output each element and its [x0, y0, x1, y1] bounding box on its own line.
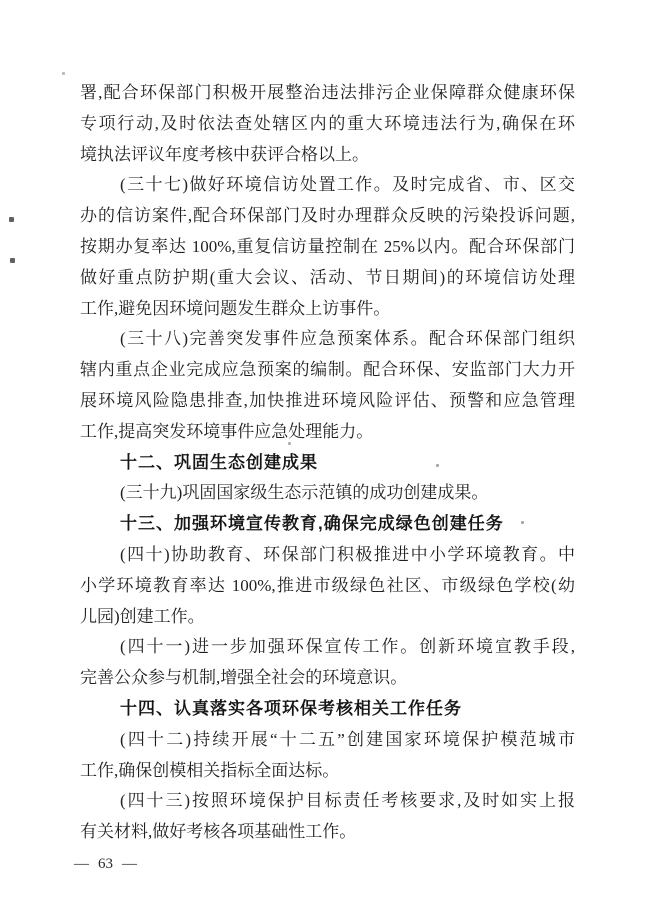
section-heading: 十四、认真落实各项环保考核相关工作任务 [80, 694, 575, 725]
text-line: (三十八)完善突发事件应急预案体系。配合环保部门组织 [80, 324, 575, 355]
scan-speck [521, 521, 524, 524]
text-line: 完善公众参与机制,增强全社会的环境意识。 [80, 663, 575, 694]
document-body: 署,配合环保部门积极开展整治违法排污企业保障群众健康环保 专项行动,及时依法查处… [80, 78, 575, 848]
text-line: 展环境风险隐患排查,加快推进环境风险评估、预警和应急管理 [80, 386, 575, 417]
heading-line: 十二、巩固生态创建成果 [80, 448, 575, 479]
scan-speck [62, 72, 65, 75]
page-footer: —63— [74, 856, 137, 873]
text-line: (四十一)进一步加强环保宣传工作。创新环境宣教手段, [80, 632, 575, 663]
text-line: (三十七)做好环境信访处置工作。及时完成省、市、区交 [80, 170, 575, 201]
text-line: 工作,提高突发环境事件应急处理能力。 [80, 417, 575, 448]
text-line: 按期办复率达 100%,重复信访量控制在 25%以内。配合环保部门 [80, 232, 575, 263]
text-line: 辖内重点企业完成应急预案的编制。配合环保、安监部门大力开 [80, 355, 575, 386]
document-page: 署,配合环保部门积极开展整治违法排污企业保障群众健康环保 专项行动,及时依法查处… [0, 0, 650, 920]
text-line: 儿园)创建工作。 [80, 602, 575, 633]
text-line: (三十九)巩固国家级生态示范镇的成功创建成果。 [80, 478, 575, 509]
scan-speck [10, 258, 15, 263]
footer-dash-left: — [74, 856, 89, 872]
section-heading: 十三、加强环境宣传教育,确保完成绿色创建任务 [80, 509, 575, 540]
scan-speck [288, 442, 291, 445]
paragraph: (三十九)巩固国家级生态示范镇的成功创建成果。 [80, 478, 575, 509]
text-line: 工作,确保创模相关指标全面达标。 [80, 756, 575, 787]
text-line: 小学环境教育率达 100%,推进市级绿色社区、市级绿色学校(幼 [80, 571, 575, 602]
text-line: 署,配合环保部门积极开展整治违法排污企业保障群众健康环保 [80, 78, 575, 109]
section-heading: 十二、巩固生态创建成果 [80, 448, 575, 479]
paragraph: (四十)协助教育、环保部门积极推进中小学环境教育。中 小学环境教育率达 100%… [80, 540, 575, 632]
text-line: 做好重点防护期(重大会议、活动、节日期间)的环境信访处理 [80, 263, 575, 294]
text-line: (四十二)持续开展“十二五”创建国家环境保护模范城市 [80, 725, 575, 756]
text-line: 工作,避免因环境问题发生群众上访事件。 [80, 294, 575, 325]
heading-line: 十三、加强环境宣传教育,确保完成绿色创建任务 [80, 509, 575, 540]
paragraph: (四十二)持续开展“十二五”创建国家环境保护模范城市 工作,确保创模相关指标全面… [80, 725, 575, 787]
text-line: 境执法评议年度考核中获评合格以上。 [80, 140, 575, 171]
paragraph: (三十八)完善突发事件应急预案体系。配合环保部门组织 辖内重点企业完成应急预案的… [80, 324, 575, 447]
footer-dash-right: — [122, 856, 137, 872]
paragraph: 署,配合环保部门积极开展整治违法排污企业保障群众健康环保 专项行动,及时依法查处… [80, 78, 575, 170]
text-line: 有关材料,做好考核各项基础性工作。 [80, 817, 575, 848]
paragraph: (三十七)做好环境信访处置工作。及时完成省、市、区交 办的信访案件,配合环保部门… [80, 170, 575, 324]
paragraph: (四十三)按照环境保护目标责任考核要求,及时如实上报 有关材料,做好考核各项基础… [80, 786, 575, 848]
scan-speck [436, 464, 439, 467]
text-line: (四十三)按照环境保护目标责任考核要求,及时如实上报 [80, 786, 575, 817]
paragraph: (四十一)进一步加强环保宣传工作。创新环境宣教手段, 完善公众参与机制,增强全社… [80, 632, 575, 694]
heading-line: 十四、认真落实各项环保考核相关工作任务 [80, 694, 575, 725]
text-line: (四十)协助教育、环保部门积极推进中小学环境教育。中 [80, 540, 575, 571]
page-number: 63 [98, 856, 113, 872]
text-line: 办的信访案件,配合环保部门及时办理群众反映的污染投诉问题, [80, 201, 575, 232]
text-line: 专项行动,及时依法查处辖区内的重大环境违法行为,确保在环 [80, 109, 575, 140]
scan-speck [9, 217, 14, 222]
